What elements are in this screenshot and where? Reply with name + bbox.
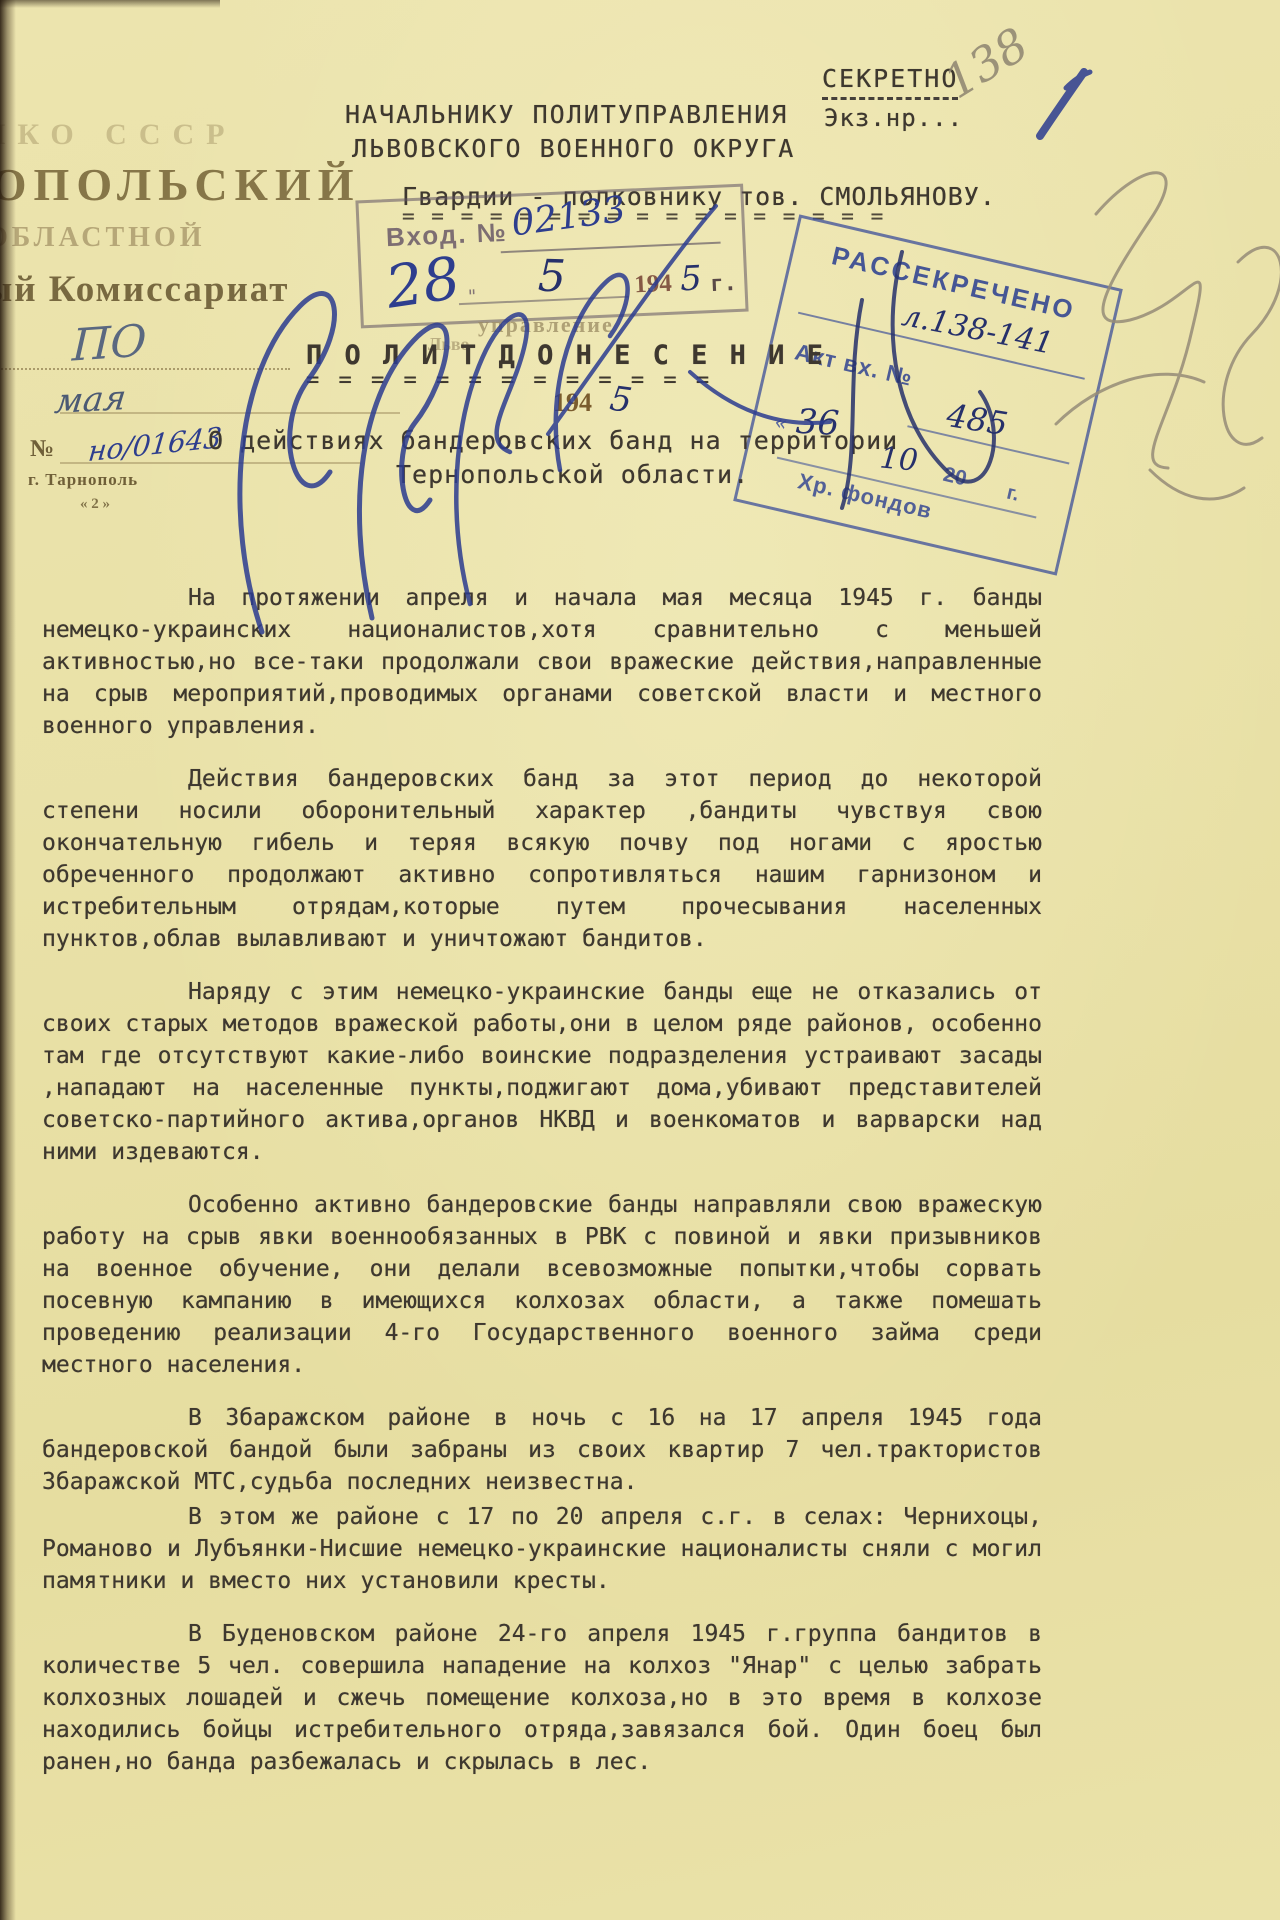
letterhead-org-line2: НОПОЛЬСКИЙ — [0, 158, 361, 211]
stamp-year-suffix: г. — [1004, 482, 1021, 507]
report-title: П О Л И Т Д О Н Е С Е Н И Е — [306, 340, 826, 371]
body-paragraph: Действия бандеровских банд за этот перио… — [42, 763, 1042, 955]
incoming-registration-stamp: Вход. № 02133 28 " 5 194 5 г. — [355, 184, 748, 329]
stamp-year-printed: 20 — [941, 463, 969, 492]
letterhead-rule — [60, 462, 360, 464]
letterhead-city-note: « 2 » — [80, 496, 110, 513]
letterhead-city: г. Тарнополь — [28, 470, 138, 490]
handwritten-day: 28 — [381, 244, 464, 322]
declassified-stamp: РАССЕКРЕЧЕНО л.138-141 Акт вх. № 485 « 3… — [733, 214, 1123, 575]
body-paragraph: Особенно активно бандеровские банды напр… — [42, 1189, 1042, 1381]
report-body: На протяжении апреля и начала мая месяца… — [42, 582, 1042, 1799]
scan-edge-shadow — [0, 0, 16, 1920]
copy-number-label: Экз.нр... — [824, 104, 963, 132]
body-paragraph: В этом же районе с 17 по 20 апреля с.г. … — [42, 1501, 1042, 1597]
body-paragraph: Наряду с этим немецко-украинские банды е… — [42, 976, 1042, 1168]
letterhead-org-line4: ный Комиссариат — [0, 268, 290, 311]
letterhead-org-line1: НКО СССР — [0, 118, 237, 152]
ghost-stamp-text: управление — [478, 312, 614, 338]
letterhead-rule — [0, 368, 290, 370]
stamp-rule — [501, 242, 721, 254]
stamp-year-suffix: г. — [710, 271, 738, 297]
body-paragraph: В Буденовском районе 24-го апреля 1945 г… — [42, 1618, 1042, 1778]
stamp-year-printed: 194 — [634, 270, 673, 300]
handwritten-incoming-number: 02133 — [509, 189, 628, 245]
report-title-underline: = = = = = = = = = = = = = — [306, 368, 712, 393]
handwritten-year-digit: 5 — [679, 259, 702, 300]
handwritten-month-digit: 5 — [537, 251, 566, 303]
recipient-line1: НАЧАЛЬНИКУ ПОЛИТУПРАВЛЕНИЯ — [345, 100, 788, 129]
scan-edge-shadow — [0, 0, 220, 8]
recipient-line2: ЛЬВОВСКОГО ВОЕННОГО ОКРУГА — [352, 134, 795, 163]
body-paragraph: На протяжении апреля и начала мая месяца… — [42, 582, 1042, 742]
letterhead-org-line3: ОБЛАСТНОЙ — [0, 222, 206, 254]
scanned-document-page: НКО СССР НОПОЛЬСКИЙ ОБЛАСТНОЙ ный Комисс… — [0, 0, 1280, 1920]
handwritten-month: мая — [53, 378, 129, 422]
subject-line2: Тернопольской области. — [396, 460, 749, 489]
subject-line1: О действиях бандеровских банд на террито… — [208, 426, 898, 455]
handwritten-index-number: ПО — [71, 315, 147, 371]
letterhead-number-label: № — [30, 436, 54, 463]
body-paragraph: В Збаражском районе в ночь с 16 на 17 ап… — [42, 1402, 1042, 1498]
